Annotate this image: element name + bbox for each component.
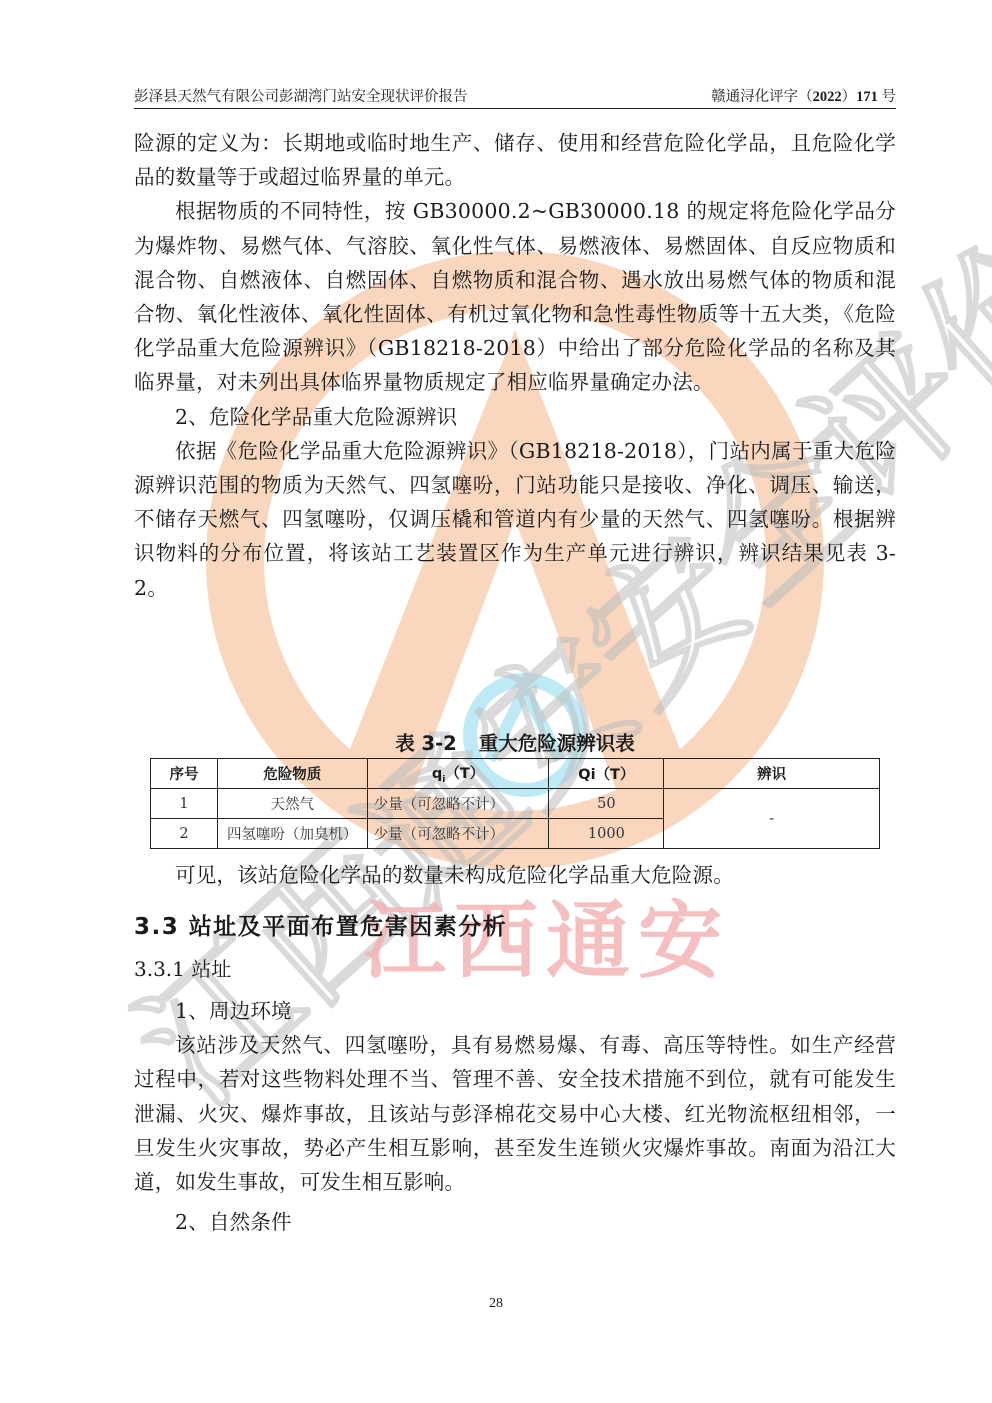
column-header-substance: 危险物质 — [217, 759, 367, 789]
paragraph-identification-basis: 依据《危险化学品重大危险源辨识》（GB18218-2018），门站内属于重大危险… — [134, 434, 896, 605]
paragraph-surroundings: 该站涉及天然气、四氢噻吩，具有易燃易爆、有毒、高压等特性。如生产经营过程中，若对… — [134, 1028, 896, 1199]
table-caption: 表 3-2重大危险源辨识表 — [134, 728, 896, 756]
cell-qi: 少量（可忽略不计） — [367, 789, 549, 819]
body-block-conclusion: 可见，该站危险化学品的数量未构成危险化学品重大危险源。 — [134, 858, 896, 892]
paragraph-heading-identification: 2、危险化学品重大危险源辨识 — [134, 400, 896, 434]
body-block-site: 1、周边环境 该站涉及天然气、四氢噻吩，具有易燃易爆、有毒、高压等特性。如生产经… — [134, 994, 896, 1239]
page-number: 28 — [0, 1296, 992, 1312]
paragraph-conclusion: 可见，该站危险化学品的数量未构成危险化学品重大危险源。 — [134, 858, 896, 892]
column-header-seq: 序号 — [151, 759, 218, 789]
cell-Qi: 50 — [549, 789, 664, 819]
column-header-result: 辨识 — [664, 759, 880, 789]
table-row: 1 天然气 少量（可忽略不计） 50 - — [151, 789, 880, 819]
cell-seq: 1 — [151, 789, 218, 819]
table-header-row: 序号 危险物质 qi（T） Qi（T） 辨识 — [151, 759, 880, 789]
document-page: 彭泽县天然气有限公司彭湖湾门站安全现状评价报告 赣通浔化评字（2022）171 … — [0, 0, 992, 1403]
paragraph-classification: 根据物质的不同特性，按 GB30000.2~GB30000.18 的规定将危险化… — [134, 194, 896, 399]
cell-substance: 天然气 — [217, 789, 367, 819]
column-header-Qi: Qi（T） — [549, 759, 664, 789]
section-title: 3.3 站址及平面布置危害因素分析 — [134, 908, 507, 941]
cell-qi: 少量（可忽略不计） — [367, 819, 549, 849]
major-hazard-table: 序号 危险物质 qi（T） Qi（T） 辨识 1 天然气 少量（可忽略不计） 5… — [150, 758, 880, 849]
cell-Qi: 1000 — [549, 819, 664, 849]
paragraph-heading-natural-conditions: 2、自然条件 — [134, 1205, 896, 1239]
paragraph-heading-surroundings: 1、周边环境 — [134, 994, 896, 1028]
header-document-number: 赣通浔化评字（2022）171 号 — [711, 85, 896, 106]
cell-seq: 2 — [151, 819, 218, 849]
column-header-qi: qi（T） — [367, 759, 549, 789]
cell-result: - — [664, 789, 880, 849]
subsection-title: 3.3.1 站址 — [134, 953, 231, 982]
header-report-title: 彭泽县天然气有限公司彭湖湾门站安全现状评价报告 — [134, 85, 468, 106]
cell-substance: 四氢噻吩（加臭机） — [217, 819, 367, 849]
paragraph-definition: 险源的定义为：长期地或临时地生产、储存、使用和经营危险化学品，且危险化学品的数量… — [134, 126, 896, 194]
page-header: 彭泽县天然气有限公司彭湖湾门站安全现状评价报告 赣通浔化评字（2022）171 … — [134, 84, 896, 109]
body-block-1: 险源的定义为：长期地或临时地生产、储存、使用和经营危险化学品，且危险化学品的数量… — [134, 126, 896, 605]
